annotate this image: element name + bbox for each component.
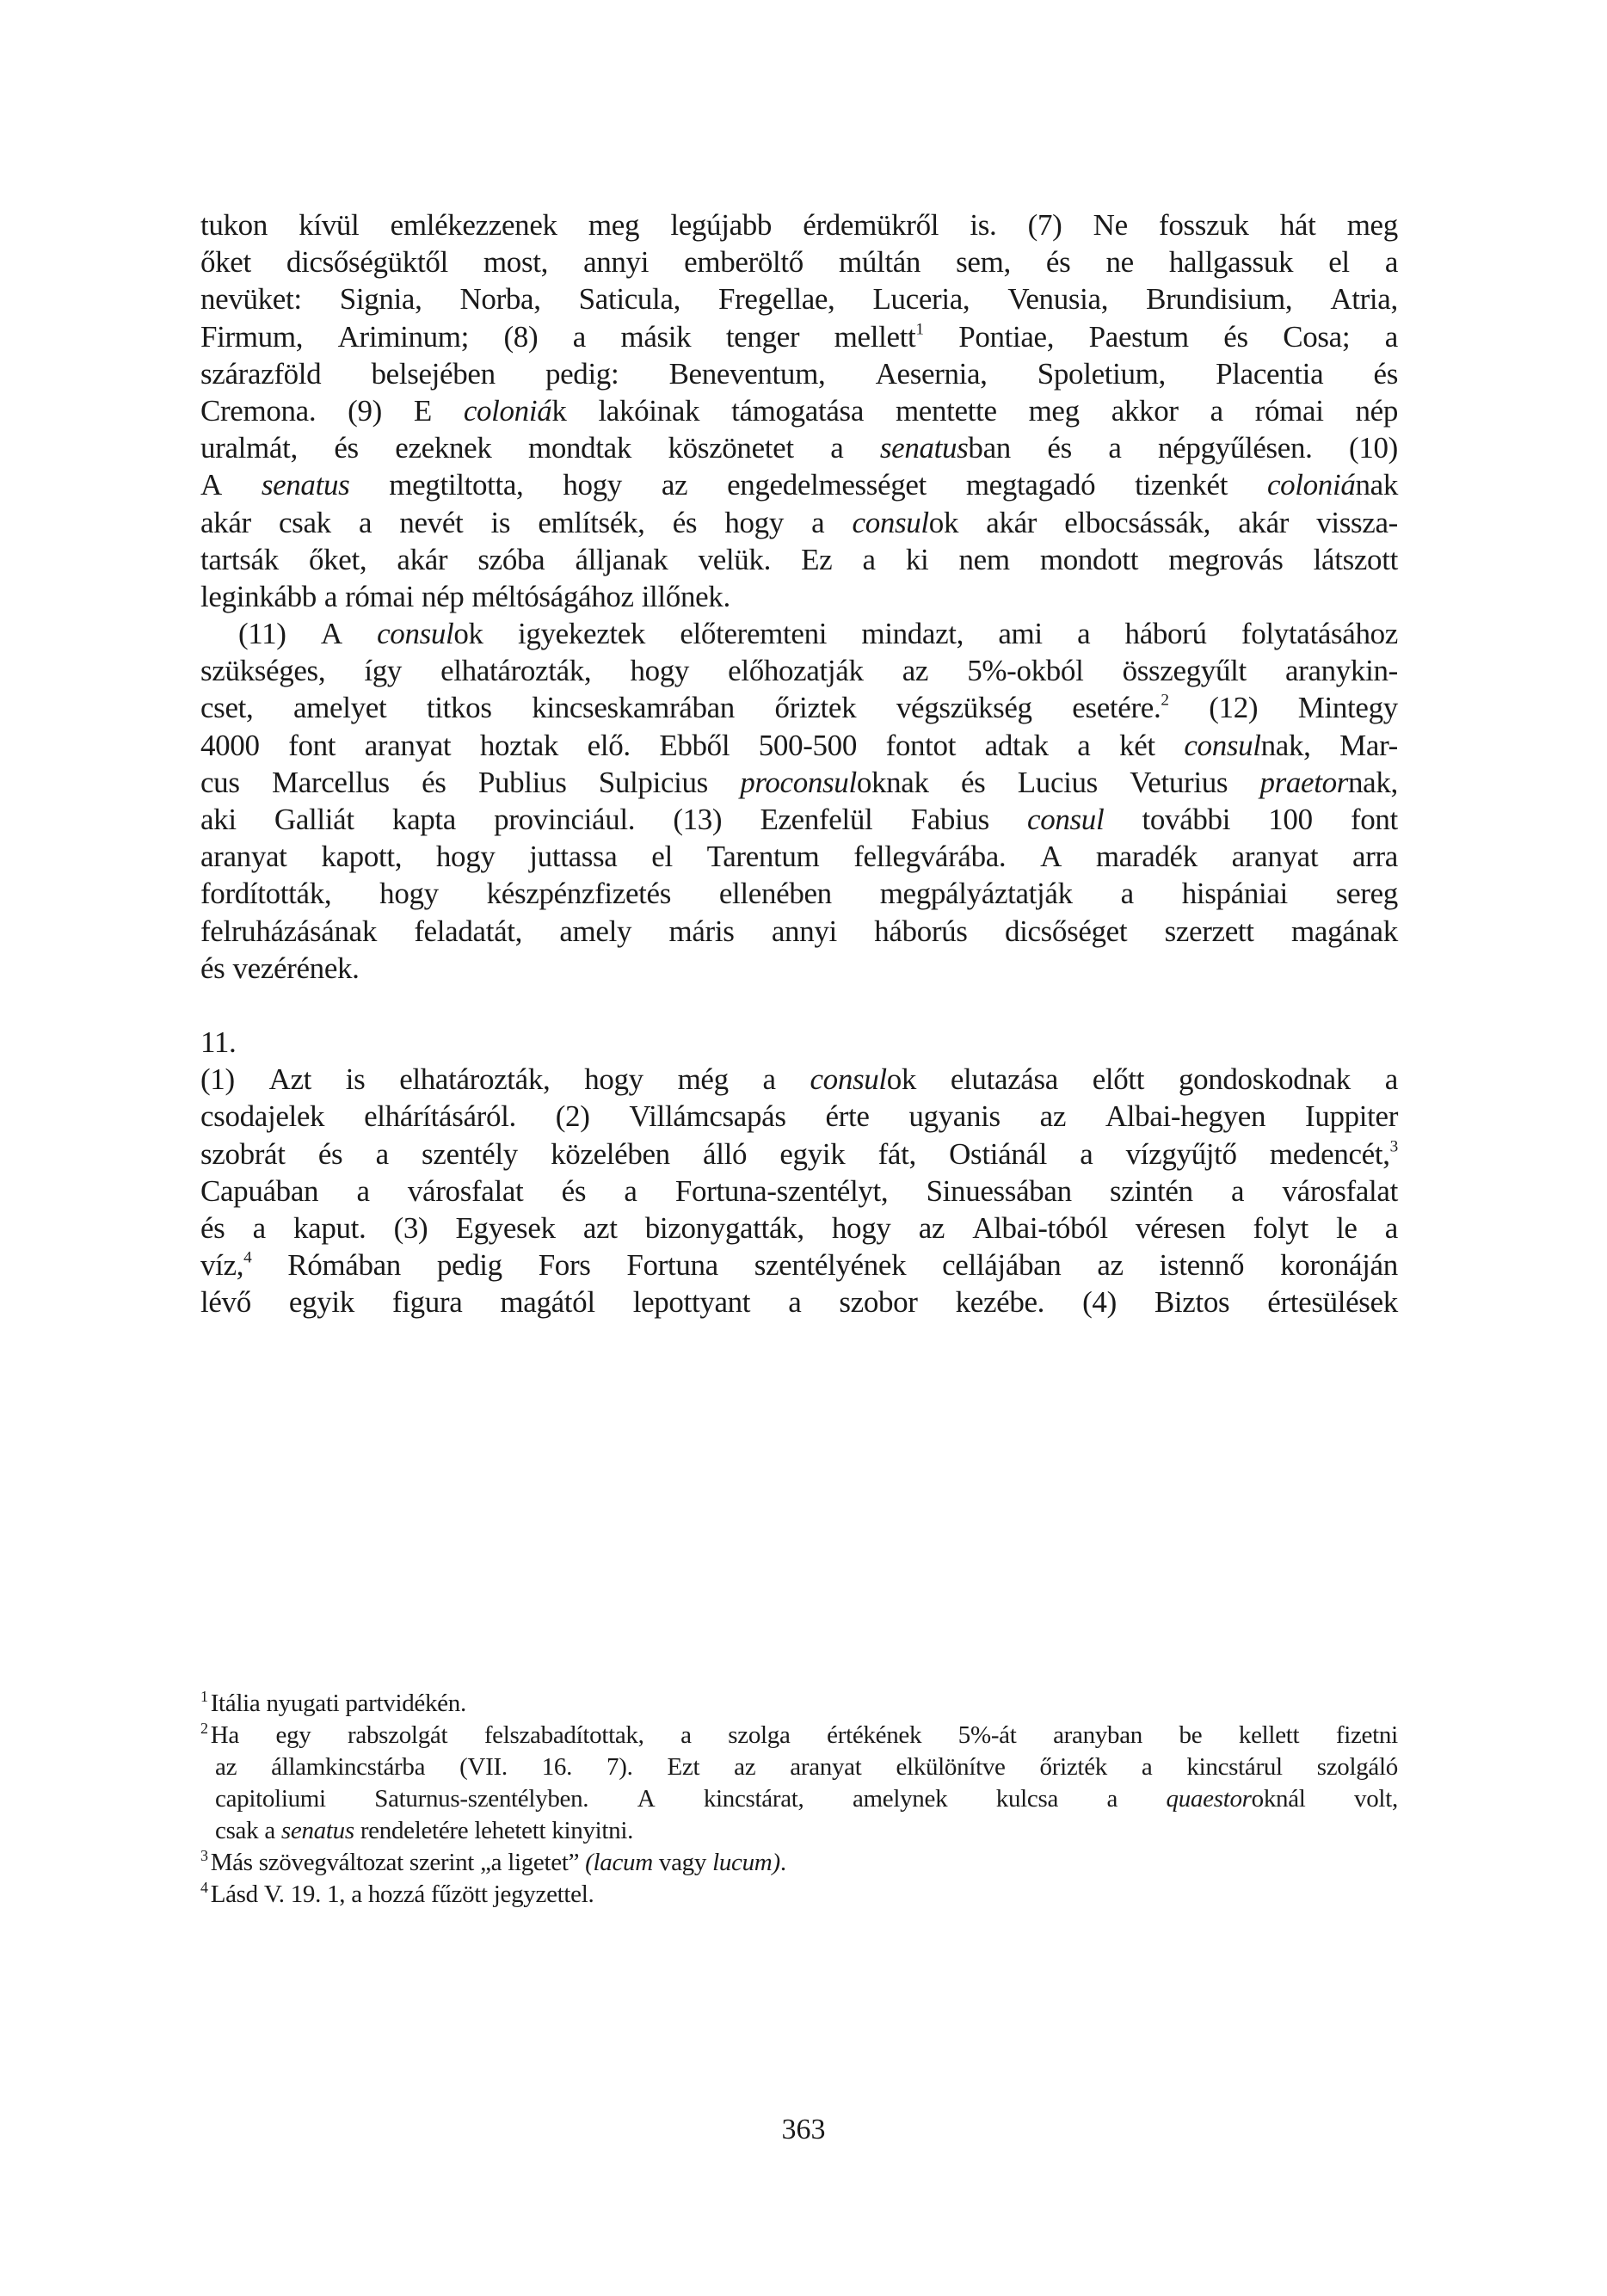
word: az: [215, 1751, 237, 1783]
word: szárazföld: [200, 355, 321, 392]
word: háborús: [874, 913, 967, 950]
word: az: [734, 1751, 755, 1783]
word: consulok: [853, 504, 959, 541]
text-line: azállamkincstárba(VII.16.7).Eztazaranyat…: [200, 1751, 1398, 1783]
footnote-reference[interactable]: 4: [243, 1249, 251, 1267]
word: lehetett: [474, 1815, 545, 1847]
word: vezérének.: [232, 950, 359, 987]
word: magától: [500, 1283, 594, 1320]
word: Fregellae,: [718, 280, 834, 317]
word: csak: [279, 504, 331, 541]
word: csak: [215, 1815, 258, 1847]
word: arra: [1352, 838, 1398, 875]
word: és: [200, 1210, 225, 1246]
word: a: [830, 429, 843, 466]
word: V.: [264, 1879, 285, 1911]
word: velük.: [699, 541, 771, 578]
word: (13): [673, 801, 722, 838]
word: Iuppiter: [1305, 1098, 1398, 1135]
word: Sulpicius: [599, 764, 708, 801]
word: ligetet”: [508, 1847, 579, 1879]
word: hogy: [379, 875, 439, 912]
word: a: [351, 1879, 362, 1911]
word: a: [356, 1173, 369, 1210]
word: partvidékén.: [345, 1688, 466, 1720]
word: Lásd: [211, 1881, 258, 1908]
word: szerzett: [1165, 913, 1254, 950]
word: nevét: [399, 504, 463, 541]
word: a: [359, 504, 372, 541]
text-line: capitoliumiSaturnus-szentélyben.Akincstá…: [200, 1783, 1398, 1815]
word: folytatásához: [1241, 615, 1398, 652]
word: lévő: [200, 1283, 251, 1320]
word: hogy: [436, 838, 496, 875]
word: Brundisium,: [1146, 280, 1292, 317]
word: sereg: [1336, 875, 1398, 912]
word: rendeletére: [360, 1815, 469, 1847]
word: szerint: [409, 1847, 474, 1879]
word: senatus: [281, 1815, 354, 1847]
word: cellájában: [942, 1246, 1061, 1283]
word: Ariminum;: [338, 318, 469, 355]
word: Ostiánál: [949, 1136, 1047, 1173]
word: érte: [825, 1098, 869, 1135]
word: rabszolgát: [348, 1720, 447, 1751]
word: igyekeztek: [518, 615, 645, 652]
text-line: őketdicsőségüktőlmost,annyiemberöltőmúlt…: [200, 243, 1398, 280]
text-line: lévőegyikfiguramagátóllepottyantaszobork…: [200, 1283, 1398, 1320]
word: Rómában: [287, 1246, 401, 1283]
word: ki: [906, 541, 929, 578]
word: aranyat: [1232, 838, 1319, 875]
footnote-4: 4LásdV.19.1,ahozzáfűzöttjegyzettel.: [200, 1879, 1398, 1911]
word: mondtak: [528, 429, 631, 466]
word: tukon: [200, 206, 268, 243]
footnote-reference[interactable]: 3: [1390, 1137, 1398, 1155]
word: emlékezzenek: [391, 206, 557, 243]
text-line: 1Itálianyugatipartvidékén.: [200, 1688, 1398, 1720]
word: hogy: [832, 1210, 891, 1246]
footnote-marker: 4: [200, 1879, 208, 1896]
word: Ebből: [659, 727, 730, 764]
word: készpénzfizetés: [487, 875, 671, 912]
word: közelében: [551, 1136, 670, 1173]
word: további: [1142, 801, 1231, 838]
word: ne: [1105, 243, 1133, 280]
word: a: [1108, 429, 1121, 466]
word: uralmát,: [200, 429, 298, 466]
text-line: CapuábanavárosfalatésaFortuna-szentélyt,…: [200, 1173, 1398, 1210]
text-line: akárcsakanevétisemlítsék,éshogyaconsulok…: [200, 504, 1398, 541]
word: A: [200, 466, 222, 503]
word: és: [1046, 243, 1070, 280]
word: consulok: [377, 615, 483, 652]
word: titkos: [427, 689, 492, 726]
word: is: [346, 1061, 366, 1098]
word: támogatása: [731, 392, 864, 429]
word: előteremteni: [680, 615, 827, 652]
word: ami: [998, 615, 1042, 652]
word: senatusban: [880, 429, 1011, 466]
word: hogy: [584, 1061, 643, 1098]
word: népgyűlésen.: [1158, 429, 1313, 466]
word: kulcsa: [996, 1783, 1058, 1815]
word: aranyat: [790, 1751, 861, 1783]
word: sem,: [956, 243, 1011, 280]
word: 2Ha: [200, 1720, 239, 1751]
word: a: [1385, 1210, 1398, 1246]
word: Fortuna: [626, 1246, 717, 1283]
word: (1): [200, 1061, 235, 1098]
word: a: [1385, 243, 1398, 280]
word: meg: [588, 206, 639, 243]
word: Mar-: [1339, 727, 1398, 764]
word: kincstárul: [1186, 1751, 1282, 1783]
word: szövegváltozat: [259, 1847, 403, 1879]
word: 5%-okból: [967, 652, 1083, 689]
word: a: [1121, 875, 1134, 912]
word: proconsuloknak: [740, 764, 928, 801]
word: annyi: [583, 243, 649, 280]
word: hogy: [630, 652, 689, 689]
word: consulok: [810, 1061, 917, 1098]
text-line: Asenatusmegtiltotta,hogyazengedelmessége…: [200, 466, 1398, 503]
word: az: [902, 652, 928, 689]
word: medencét,3: [1270, 1136, 1398, 1173]
word: értesülések: [1267, 1283, 1398, 1320]
word: fizetni: [1336, 1720, 1398, 1751]
word: (9): [348, 392, 382, 429]
word: előtt: [1093, 1061, 1144, 1098]
chapter-number: 11.: [200, 1024, 1398, 1061]
word: szolga: [728, 1720, 790, 1751]
word: említsék,: [538, 504, 644, 541]
word: őket: [200, 243, 251, 280]
word: 100: [1268, 801, 1312, 838]
word: még: [678, 1061, 729, 1098]
word: elhatározták,: [399, 1061, 550, 1098]
word: consul: [1027, 801, 1104, 838]
word: Lucius: [1018, 764, 1098, 801]
word: esetére.2: [1072, 689, 1168, 726]
word: Marcellus: [272, 764, 390, 801]
word: adtak: [985, 727, 1049, 764]
word: elhárításáról.: [364, 1098, 516, 1135]
word: Cremona.: [200, 392, 316, 429]
word: háború: [1125, 615, 1207, 652]
word: be: [1179, 1720, 1203, 1751]
word: bizonygatták,: [645, 1210, 804, 1246]
word: nyugati: [266, 1688, 339, 1720]
word: elhatározták,: [440, 652, 591, 689]
word: hozzá: [368, 1879, 425, 1911]
word: megtagadó: [966, 466, 1095, 503]
word: Galliát: [274, 801, 354, 838]
word: mindazt,: [861, 615, 964, 652]
word: (12): [1209, 689, 1258, 726]
word: kincseskamrában: [532, 689, 735, 726]
word: szentélyének: [754, 1246, 907, 1283]
word: két: [1119, 727, 1155, 764]
word: Más: [211, 1849, 253, 1876]
word: őriztek: [775, 689, 857, 726]
word: akár: [200, 504, 251, 541]
word: coloniának: [1267, 466, 1398, 503]
word: előhozatják: [728, 652, 863, 689]
word: kellett: [1239, 1720, 1299, 1751]
word: aranyban: [1053, 1720, 1142, 1751]
word: Norba,: [460, 280, 541, 317]
word: Fabius: [911, 801, 989, 838]
word: a: [1077, 727, 1090, 764]
word: kapott,: [321, 838, 402, 875]
text-line: tartsákőket,akárszóbaálljanakvelük.Ezaki…: [200, 541, 1398, 578]
word: font: [288, 727, 336, 764]
word: kapta: [392, 801, 456, 838]
footnotes: 1Itálianyugatipartvidékén.2Haegyrabszolg…: [200, 1688, 1398, 1911]
word: szobor: [839, 1283, 917, 1320]
word: szentély: [422, 1136, 518, 1173]
word: „a: [480, 1847, 502, 1879]
word: értékének: [827, 1720, 921, 1751]
text-line: csakasenatusrendeletérelehetettkinyitni.: [200, 1815, 1398, 1847]
footnote-reference[interactable]: 2: [1161, 692, 1168, 710]
word: (VII.: [459, 1751, 508, 1783]
word: hispániai: [1182, 875, 1288, 912]
word: Egyesek: [456, 1210, 556, 1246]
word: 3Más: [200, 1847, 253, 1879]
word: a: [264, 1815, 275, 1847]
word: hogy: [563, 466, 622, 503]
text-line: uralmát,ésezeknekmondtakköszönetetasenat…: [200, 429, 1398, 466]
word: praetornak,: [1259, 764, 1397, 801]
word: a: [1385, 318, 1398, 355]
word: és: [1047, 429, 1071, 466]
word: Fortuna-szentélyt,: [675, 1173, 888, 1210]
word: köszönetet: [668, 429, 794, 466]
word: (10): [1349, 429, 1398, 466]
word: tizenkét: [1135, 466, 1228, 503]
text-line: (11)Aconsulokigyekeztekelőteremteniminda…: [200, 615, 1398, 652]
word: Saticula,: [579, 280, 680, 317]
word: és: [562, 1173, 586, 1210]
word: a: [1231, 1173, 1244, 1210]
word: Beneventum,: [669, 355, 826, 392]
word: Mintegy: [1298, 689, 1398, 726]
word: volt,: [1354, 1783, 1398, 1815]
word: a: [573, 318, 586, 355]
word: kinyitni.: [551, 1815, 633, 1847]
word: fontot: [886, 727, 957, 764]
word: lakóinak: [598, 392, 699, 429]
word: 5%-át: [958, 1720, 1017, 1751]
word: szükséges,: [200, 652, 325, 689]
word: másik: [620, 318, 691, 355]
word: (11): [238, 615, 286, 652]
word: A: [637, 1783, 656, 1815]
word: leginkább: [200, 578, 317, 615]
text-line: (1)Aztiselhatározták,hogymégaconsulokelu…: [200, 1061, 1398, 1098]
word: őket,: [309, 541, 366, 578]
word: figura: [392, 1283, 462, 1320]
word: feladatát,: [414, 913, 522, 950]
word: római: [345, 578, 414, 615]
word: Capuában: [200, 1173, 318, 1210]
text-line: szárazföldbelsejébenpedig:Beneventum,Aes…: [200, 355, 1398, 392]
word: jegyzettel.: [494, 1879, 594, 1911]
word: lucum).: [712, 1847, 786, 1879]
word: (2): [556, 1098, 590, 1135]
chapter-11-text: (1)Aztiselhatározták,hogymégaconsulokelu…: [200, 1061, 1398, 1320]
word: is: [491, 504, 511, 541]
word: az: [919, 1210, 945, 1246]
text-line: tukonkívülemlékezzenekmeglegújabbérdemük…: [200, 206, 1398, 243]
word: folyt: [1253, 1210, 1308, 1246]
word: cus: [200, 764, 240, 801]
text-line: ésakaput.(3)Egyesekaztbizonygatták,hogya…: [200, 1210, 1398, 1246]
word: fűzött: [431, 1879, 488, 1911]
word: Ne: [1093, 206, 1128, 243]
word: (lacum: [585, 1847, 653, 1879]
word: nem: [959, 541, 1010, 578]
word: felruházásának: [200, 913, 377, 950]
word: 7).: [606, 1751, 633, 1783]
word: a: [1080, 1136, 1093, 1173]
word: aki: [200, 801, 237, 838]
word: Signia,: [340, 280, 422, 317]
word: (7): [1028, 206, 1062, 243]
word: máris: [669, 913, 735, 950]
text-line: leginkábbarómainépméltóságáhozillőnek.: [200, 578, 1398, 615]
text-line: 2Haegyrabszolgátfelszabadítottak,aszolga…: [200, 1720, 1398, 1751]
word: a: [680, 1720, 692, 1751]
word: dicsőségüktől: [286, 243, 448, 280]
word: Azt: [269, 1061, 312, 1098]
word: belsejében: [372, 355, 496, 392]
word: vissza-: [1316, 504, 1398, 541]
text-line: cusMarcellusésPubliusSulpiciusproconsulo…: [200, 764, 1398, 801]
word: egyik: [289, 1283, 354, 1320]
word: a: [1142, 1751, 1153, 1783]
word: koronáján: [1280, 1246, 1398, 1283]
word: Spoletium,: [1037, 355, 1166, 392]
footnote-marker: 1: [200, 1688, 208, 1705]
word: annyi: [772, 913, 837, 950]
footnote-1: 1Itálianyugatipartvidékén.: [200, 1688, 1398, 1720]
word: istennő: [1160, 1246, 1245, 1283]
word: hogy: [724, 504, 784, 541]
word: csodajelek: [200, 1098, 324, 1135]
word: álljanak: [575, 541, 668, 578]
word: provinciául.: [494, 801, 635, 838]
word: emberöltő: [684, 243, 803, 280]
word: látszott: [1314, 541, 1398, 578]
page-body: tukonkívülemlékezzenekmeglegújabbérdemük…: [200, 206, 1398, 1320]
word: megpályáztatják: [880, 875, 1073, 912]
footnote-3: 3Másszövegváltozatszerint„aligetet”(lacu…: [200, 1847, 1398, 1879]
text-line: nevüket:Signia,Norba,Saticula,Fregellae,…: [200, 280, 1398, 317]
word: az: [1040, 1098, 1066, 1135]
word: engedelmességet: [727, 466, 927, 503]
text-line: akiGalliátkaptaprovinciául.(13)Ezenfelül…: [200, 801, 1398, 838]
word: nép: [422, 578, 465, 615]
word: mellett1: [834, 318, 924, 355]
word: A: [321, 615, 342, 652]
word: az: [662, 466, 687, 503]
word: elbocsássák,: [1064, 504, 1210, 541]
word: 4Lásd: [200, 1879, 258, 1911]
word: Ezt: [667, 1751, 699, 1783]
text-line: Cremona.(9)Ecoloniáklakóinaktámogatásame…: [200, 392, 1398, 429]
word: szintén: [1110, 1173, 1193, 1210]
word: Paestum: [1089, 318, 1189, 355]
word: Publius: [478, 764, 567, 801]
word: hát: [1280, 206, 1316, 243]
word: Aesernia,: [876, 355, 988, 392]
word: Placentia: [1216, 355, 1323, 392]
word: Villámcsapás: [629, 1098, 785, 1135]
word: 1Itália: [200, 1688, 260, 1720]
chapter-spacer: [200, 987, 1398, 1024]
word: az: [1097, 1246, 1123, 1283]
word: legújabb: [670, 206, 772, 243]
word: víz,4: [200, 1246, 251, 1283]
word: egyik: [779, 1136, 845, 1173]
word: capitoliumi: [215, 1783, 326, 1815]
text-line: 3Másszövegváltozatszerint„aligetet”(lacu…: [200, 1847, 1398, 1879]
text-line: szükséges,ígyelhatározták,hogyelőhozatjá…: [200, 652, 1398, 689]
word: meg: [1029, 392, 1080, 429]
word: szóba: [477, 541, 545, 578]
word: megtiltotta,: [389, 466, 523, 503]
word: 500-500: [759, 727, 857, 764]
word: és: [334, 429, 358, 466]
word: meg: [1347, 206, 1398, 243]
text-line: 4LásdV.19.1,ahozzáfűzöttjegyzettel.: [200, 1879, 1398, 1911]
word: elkülönítve: [896, 1751, 1005, 1783]
word: Tarentum: [707, 838, 820, 875]
word: és: [318, 1136, 342, 1173]
word: 1,: [327, 1879, 345, 1911]
word: fellegvárába.: [853, 838, 1006, 875]
word: a: [1077, 615, 1090, 652]
word: hallgassuk: [1169, 243, 1293, 280]
footnote-reference[interactable]: 1: [915, 320, 923, 338]
text-line: cset,amelyettitkoskincseskamrábanőriztek…: [200, 689, 1398, 726]
text-line: felruházásánakfeladatát,amelymárisannyih…: [200, 913, 1398, 950]
footnote-2: 2Haegyrabszolgátfelszabadítottak,aszolga…: [200, 1720, 1398, 1847]
word: aranyat: [200, 838, 287, 875]
word: Saturnus-szentélyben.: [374, 1783, 588, 1815]
text-line: szobrátésaszentélyközelébenállóegyikfát,…: [200, 1136, 1398, 1173]
word: illőnek.: [642, 578, 730, 615]
word: hoztak: [480, 727, 558, 764]
word: akár: [397, 541, 447, 578]
word: és: [1374, 355, 1398, 392]
word: el: [1328, 243, 1350, 280]
word: mentette: [896, 392, 997, 429]
word: szobrát: [200, 1136, 286, 1173]
word: azt: [583, 1210, 618, 1246]
text-line: ésvezérének.: [200, 950, 1398, 987]
page-number: 363: [0, 2113, 1607, 2147]
word: városfalat: [1282, 1173, 1397, 1210]
word: vízgyűjtő: [1126, 1136, 1237, 1173]
word: coloniák: [464, 392, 567, 429]
word: a: [1210, 392, 1223, 429]
word: a: [763, 1061, 776, 1098]
word: consulnak,: [1184, 727, 1310, 764]
